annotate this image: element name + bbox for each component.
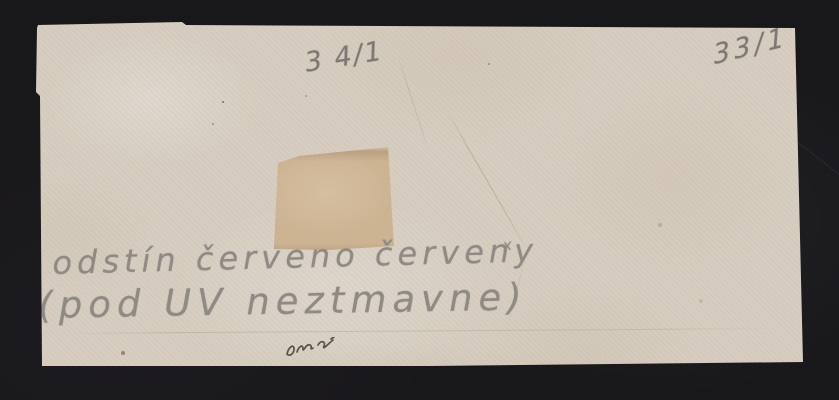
pencil-number-center: 3 4/1 bbox=[303, 38, 385, 77]
paper-crease bbox=[397, 55, 429, 149]
pencil-number-corner: 33/1 bbox=[712, 23, 789, 69]
paper-specks bbox=[0, 0, 2, 2]
pencil-note-line1: odstín červeno červeny bbox=[52, 234, 538, 279]
pencil-note-mark: x bbox=[502, 238, 513, 254]
pencil-note-line2: (pod UV neztmavne) bbox=[38, 278, 528, 324]
expert-signature-mark bbox=[282, 337, 340, 363]
photo-black-background: 3 4/1 33/1 odstín červeno červeny x (pod… bbox=[0, 0, 839, 400]
paper-crease-horizontal bbox=[60, 328, 780, 334]
stamp-back-paper: 3 4/1 33/1 odstín červeno červeny x (pod… bbox=[0, 0, 839, 400]
